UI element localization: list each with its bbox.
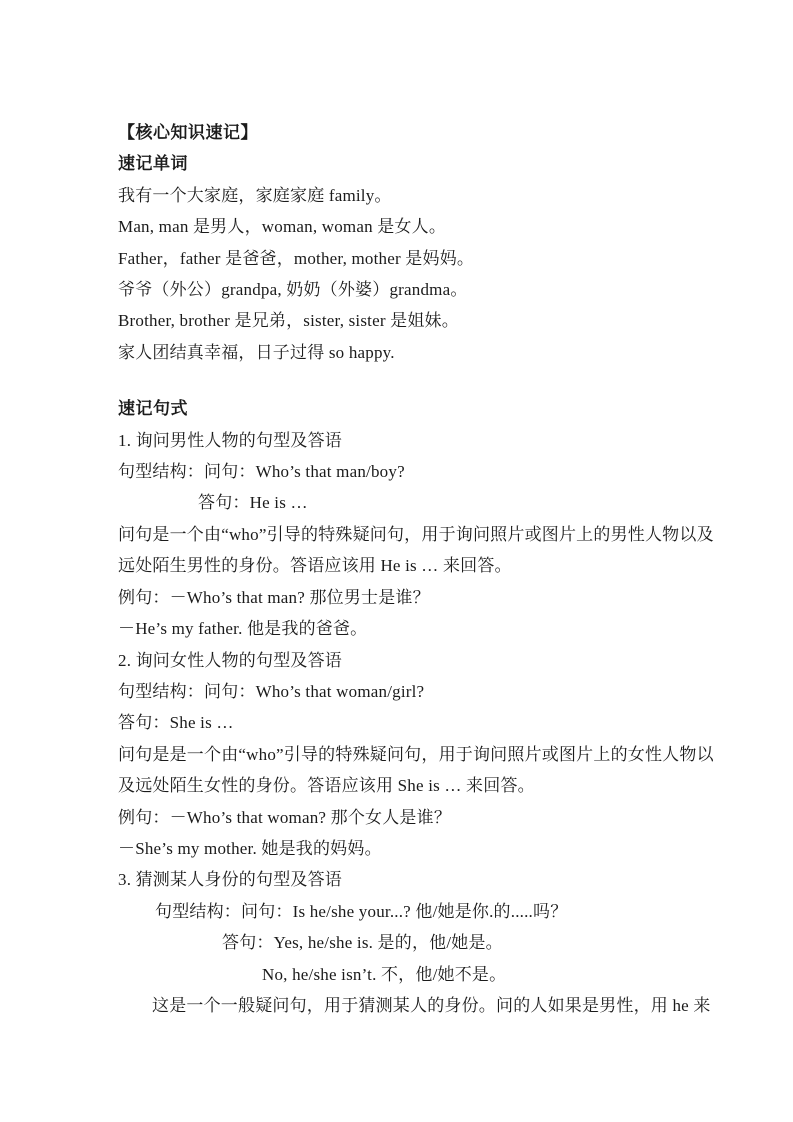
text-line: Man, man 是男人，woman, woman 是女人。 xyxy=(118,211,681,242)
section-gap xyxy=(118,368,681,393)
text-line: 3. 猜测某人身份的句型及答语 xyxy=(118,864,681,895)
text-line: No, he/she isn’t. 不，他/她不是。 xyxy=(118,959,681,990)
text-line: 及远处陌生女性的身份。答语应该用 She is … 来回答。 xyxy=(118,770,681,801)
text-line: 这是一个一般疑问句，用于猜测某人的身份。问的人如果是男性，用 he 来 xyxy=(118,990,681,1021)
text-line: 家人团结真幸福，日子过得 so happy. xyxy=(118,337,681,368)
text-line: 答句：She is … xyxy=(118,707,681,738)
text-line: 问句是是一个由“who”引导的特殊疑问句，用于询问照片或图片上的女性人物以 xyxy=(118,739,681,770)
doc-heading: 【核心知识速记】 xyxy=(118,117,681,148)
text-line: 句型结构：问句：Who’s that man/boy? xyxy=(118,456,681,487)
section-words-heading: 速记单词 xyxy=(118,148,681,179)
text-line: －She’s my mother. 她是我的妈妈。 xyxy=(118,833,681,864)
text-line: 爷爷（外公）grandpa, 奶奶（外婆）grandma。 xyxy=(118,274,681,305)
text-line: 句型结构：问句：Who’s that woman/girl? xyxy=(118,676,681,707)
text-line: 远处陌生男性的身份。答语应该用 He is … 来回答。 xyxy=(118,550,681,581)
text-line: 1. 询问男性人物的句型及答语 xyxy=(118,425,681,456)
text-line: 2. 询问女性人物的句型及答语 xyxy=(118,645,681,676)
text-line: 例句：－Who’s that man? 那位男士是谁？ xyxy=(118,582,681,613)
section-sentences-heading: 速记句式 xyxy=(118,393,681,424)
text-line: Brother, brother 是兄弟，sister, sister 是姐妹。 xyxy=(118,305,681,336)
text-line: 句型结构：问句：Is he/she your...? 他/她是你.的.....吗… xyxy=(118,896,681,927)
text-line: 我有一个大家庭，家庭家庭 family。 xyxy=(118,180,681,211)
text-line: 问句是一个由“who”引导的特殊疑问句，用于询问照片或图片上的男性人物以及 xyxy=(118,519,681,550)
text-line: 答句：He is … xyxy=(118,487,681,518)
document-page: 【核心知识速记】 速记单词 我有一个大家庭，家庭家庭 family。 Man, … xyxy=(0,0,793,1122)
text-line: 答句：Yes, he/she is. 是的，他/她是。 xyxy=(118,927,681,958)
text-line: 例句：－Who’s that woman? 那个女人是谁？ xyxy=(118,802,681,833)
text-line: Father，father 是爸爸，mother, mother 是妈妈。 xyxy=(118,243,681,274)
text-line: －He’s my father. 他是我的爸爸。 xyxy=(118,613,681,644)
